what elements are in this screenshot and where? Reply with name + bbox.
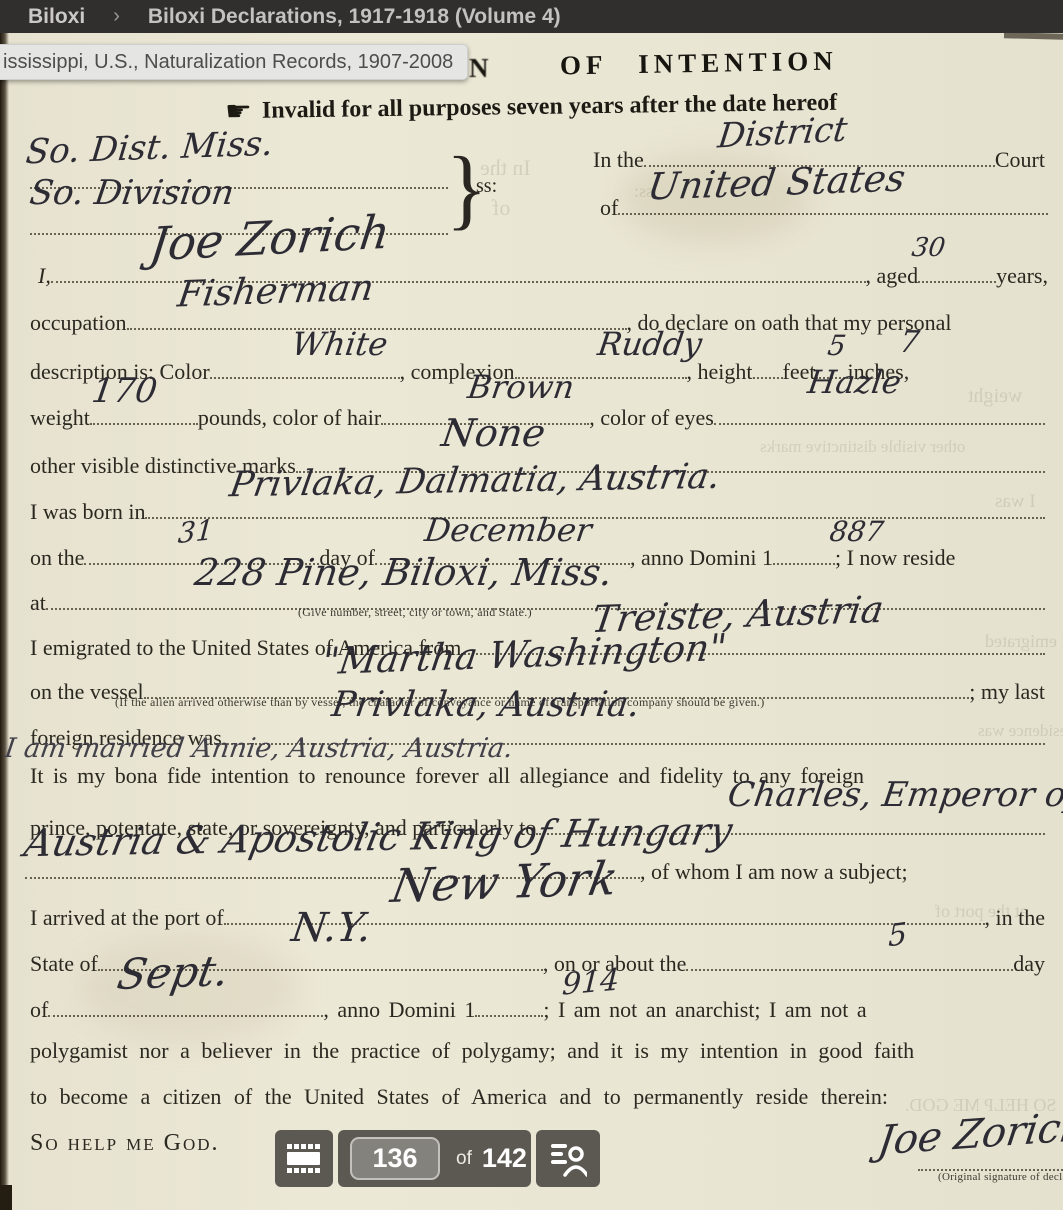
breadcrumb: Biloxi › Biloxi Declarations, 1917-1918 … — [0, 0, 1063, 33]
handwritten-venue-division: So. Division — [27, 173, 236, 213]
form-line-citizen: to become a citizen of the United States… — [30, 1084, 1045, 1110]
handwritten-state: N.Y. — [289, 905, 375, 951]
handwritten-arrival-year: 914 — [561, 962, 620, 1002]
handwritten-birth-month: December — [422, 511, 594, 549]
handwritten-color: White — [289, 325, 390, 363]
handwritten-port: New York — [387, 851, 622, 913]
ghost-text: at the port of — [935, 901, 1027, 922]
ghost-text: I emigrated — [985, 631, 1063, 652]
signature-caption: (Original signature of declarant.) — [938, 1171, 1063, 1183]
handwritten-married-note: I am married Annie, Austria, Austria. — [3, 733, 515, 764]
ghost-text: foreign residence was — [978, 721, 1063, 741]
index-panel-button[interactable] — [536, 1130, 600, 1187]
filmstrip-icon — [287, 1144, 321, 1174]
breadcrumb-root-link[interactable]: Biloxi — [28, 5, 85, 29]
handwritten-marks: None — [439, 411, 548, 455]
ghost-text: I was — [995, 491, 1036, 513]
ghost-text: In the — [480, 155, 531, 181]
handwritten-ruler1: Charles, Emperor of — [725, 775, 1063, 815]
scan-edge-shadow — [1004, 32, 1063, 40]
document-scan: DECLARATION OF INTENTION ☛ Invalid for a… — [0, 33, 1063, 1210]
page-indicator: of 142 — [338, 1130, 531, 1187]
handwritten-birth-year: 887 — [828, 515, 886, 548]
handwritten-weight: 170 — [89, 371, 160, 411]
blank-line — [753, 355, 783, 379]
blank-line — [48, 993, 323, 1017]
blank-line — [773, 541, 835, 565]
doc-title-of-intention: OF INTENTION — [560, 46, 838, 82]
handwritten-hair: Brown — [465, 368, 576, 406]
address-hint: (Give number, street, city or town, and … — [298, 605, 532, 620]
handwritten-birth-day: 31 — [177, 513, 215, 550]
filmstrip-button[interactable] — [275, 1130, 333, 1187]
handwritten-eyes: Hazle — [805, 363, 903, 401]
handwritten-residence: Privlaka, Austria. — [329, 685, 642, 725]
handwritten-arrival-month: Sept. — [114, 946, 233, 999]
handwritten-court-name: United States — [645, 156, 908, 208]
page-number-input[interactable] — [350, 1137, 440, 1180]
chevron-right-icon: › — [113, 5, 120, 28]
form-line-arrival-month: of, anno Domini 1; I am not an anarchist… — [30, 993, 1045, 1023]
handwritten-address: 228 Pine, Biloxi, Miss. — [192, 551, 615, 594]
page-total: 142 — [482, 1143, 527, 1174]
record-viewer-screen: Biloxi › Biloxi Declarations, 1917-1918 … — [0, 0, 1063, 1210]
manicule-icon: ☛ — [225, 96, 252, 128]
blank-line — [686, 947, 1013, 971]
form-line-polygamist: polygamist nor a believer in the practic… — [30, 1038, 1045, 1064]
scan-corner-shadow — [0, 1185, 12, 1210]
ghost-text: weight — [968, 385, 1022, 408]
handwritten-occupation: Fisherman — [175, 267, 376, 315]
blank-line — [475, 993, 543, 1017]
index-people-icon — [549, 1141, 587, 1177]
handwritten-complexion: Ruddy — [595, 325, 704, 363]
ghost-text: other visible distinctive marks — [760, 437, 965, 457]
handwritten-venue-district: So. Dist. Miss. — [24, 124, 275, 173]
handwritten-arrival-day: 5 — [888, 916, 907, 954]
handwritten-court-type: District — [716, 109, 850, 156]
book-binding-edge — [0, 33, 9, 1210]
page-of-label: of — [456, 1148, 472, 1170]
collection-tooltip-text: ississippi, U.S., Naturalization Records… — [3, 51, 453, 74]
breadcrumb-current[interactable]: Biloxi Declarations, 1917-1918 (Volume 4… — [148, 5, 561, 29]
so-help-me-god: So help me God. — [30, 1130, 220, 1157]
ghost-text: of — [492, 195, 510, 221]
collection-tooltip: ississippi, U.S., Naturalization Records… — [0, 44, 468, 80]
handwritten-age: 30 — [910, 233, 947, 263]
